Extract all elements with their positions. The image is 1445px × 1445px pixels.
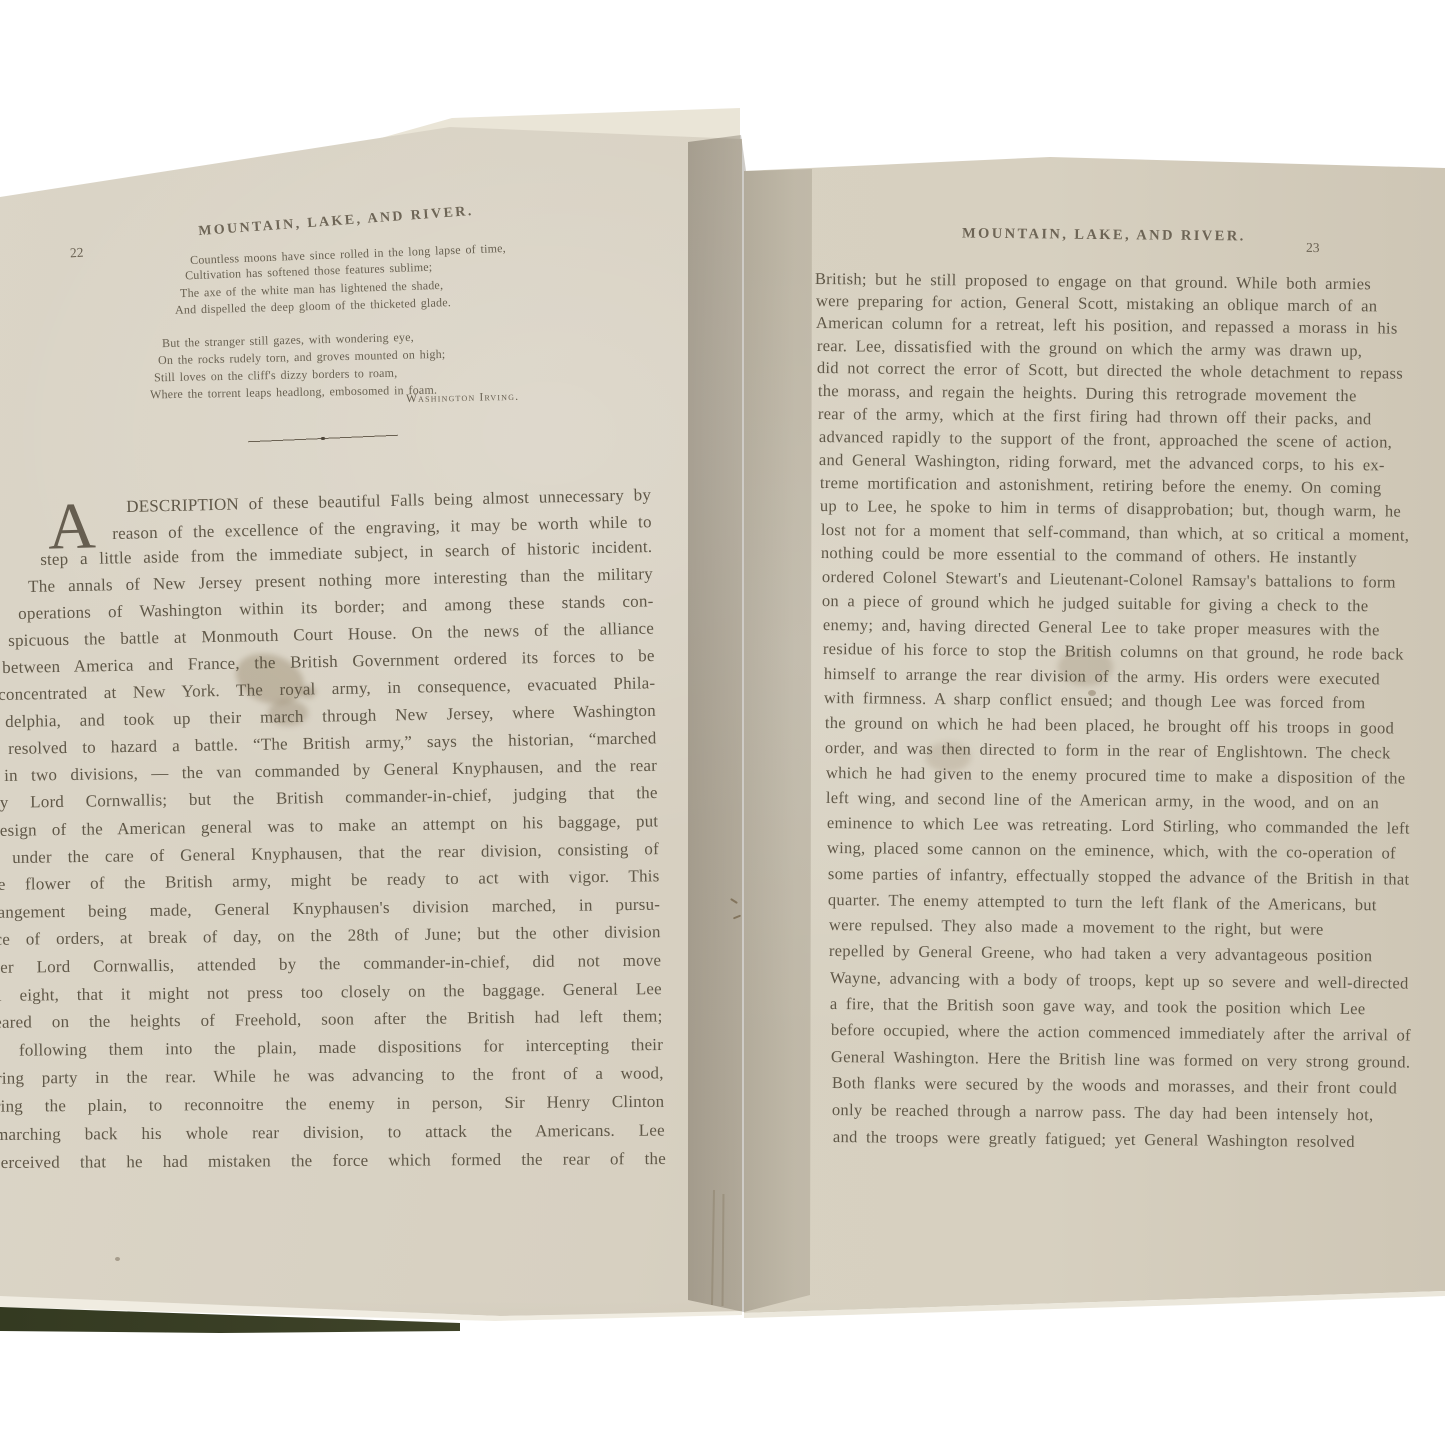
right-page-number: 23 [1306, 240, 1320, 256]
speck [115, 1257, 120, 1261]
text-line: marching back his whole rear division, t… [0, 1120, 665, 1144]
book-photo: MOUNTAIN, LAKE, AND RIVER. 22 Washington… [0, 0, 1445, 1445]
text-line: perceived that he had mistaken the force… [0, 1149, 665, 1173]
left-page-number: 22 [70, 245, 84, 262]
right-running-header: MOUNTAIN, LAKE, AND RIVER. [962, 226, 1246, 246]
